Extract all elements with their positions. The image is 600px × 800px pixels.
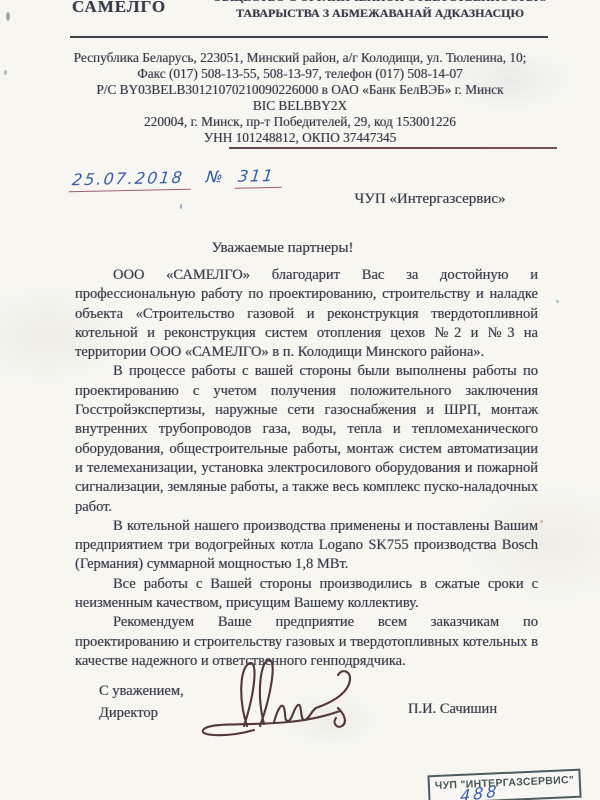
bank-account-line: Р/С BY03BELB30121070210090226000 в ОАО «…	[28, 82, 572, 98]
salutation: Уважаемые партнеры!	[20, 240, 545, 257]
scan-speck	[540, 520, 543, 523]
city-address-line: 220004, г. Минск, пр-т Победителей, 29, …	[28, 114, 572, 130]
signer-name: П.И. Сачишин	[408, 701, 497, 718]
received-stamp: ЧУП "ИНТЕРГАЗСЕРВИС"	[427, 769, 581, 800]
letterhead-contacts: Республика Беларусь, 223051, Минский рай…	[28, 50, 572, 145]
number-sign: №	[205, 167, 223, 189]
paragraph-3: В котельной нашего производства применен…	[75, 517, 538, 575]
closing-phrase: С уважением,	[99, 680, 184, 702]
paragraph-1: ООО «САМЕЛГО» благодарит Вас за достойну…	[75, 266, 538, 362]
registration-codes-line: УНН 101248812, ОКПО 37447345	[28, 130, 572, 146]
address-line: Республика Беларусь, 223051, Минский рай…	[28, 50, 572, 66]
company-logo-text: САМЕЛГО	[72, 0, 166, 17]
paragraph-4: Все работы с Вашей стороны производились…	[75, 575, 538, 614]
codes-underline	[229, 147, 557, 149]
handwritten-outgoing-number: 311	[235, 166, 284, 189]
signer-position: Директор	[99, 702, 184, 724]
handwritten-date: 25.07.2018	[69, 168, 193, 193]
scan-speck	[180, 204, 182, 209]
scan-speck	[4, 70, 7, 75]
phone-fax-line: Факс (017) 508-13-55, 508-13-97, телефон…	[28, 66, 572, 82]
org-name-ru: ОБЩЕСТВО С ОГРАНИЧЕННОЙ ОТВЕТСТВЕННОСТЬЮ	[205, 0, 555, 6]
recipient-name: ЧУП «Интергазсервис»	[300, 191, 560, 208]
paragraph-2: В процессе работы с вашей стороны были в…	[75, 362, 538, 516]
bic-line: BIC BELBBY2X	[28, 98, 572, 114]
scan-speck	[6, 12, 10, 21]
scan-speck	[556, 300, 559, 303]
org-name-by: ТАВАРЫСТВА З АБМЕЖАВАНАЙ АДКАЗНАСЦЮ	[205, 6, 555, 22]
letter-body: ООО «САМЕЛГО» благодарит Вас за достойну…	[75, 266, 538, 671]
letterhead-divider-line	[70, 36, 548, 38]
reference-row: 25.07.2018 № 311	[70, 166, 283, 192]
scanned-letter-page: САМЕЛГО ОБЩЕСТВО С ОГРАНИЧЕННОЙ ОТВЕТСТВ…	[0, 0, 600, 800]
handwritten-signature	[192, 650, 377, 745]
org-name-block: ОБЩЕСТВО С ОГРАНИЧЕННОЙ ОТВЕТСТВЕННОСТЬЮ…	[205, 0, 555, 21]
closing-block: С уважением, Директор	[99, 680, 184, 724]
